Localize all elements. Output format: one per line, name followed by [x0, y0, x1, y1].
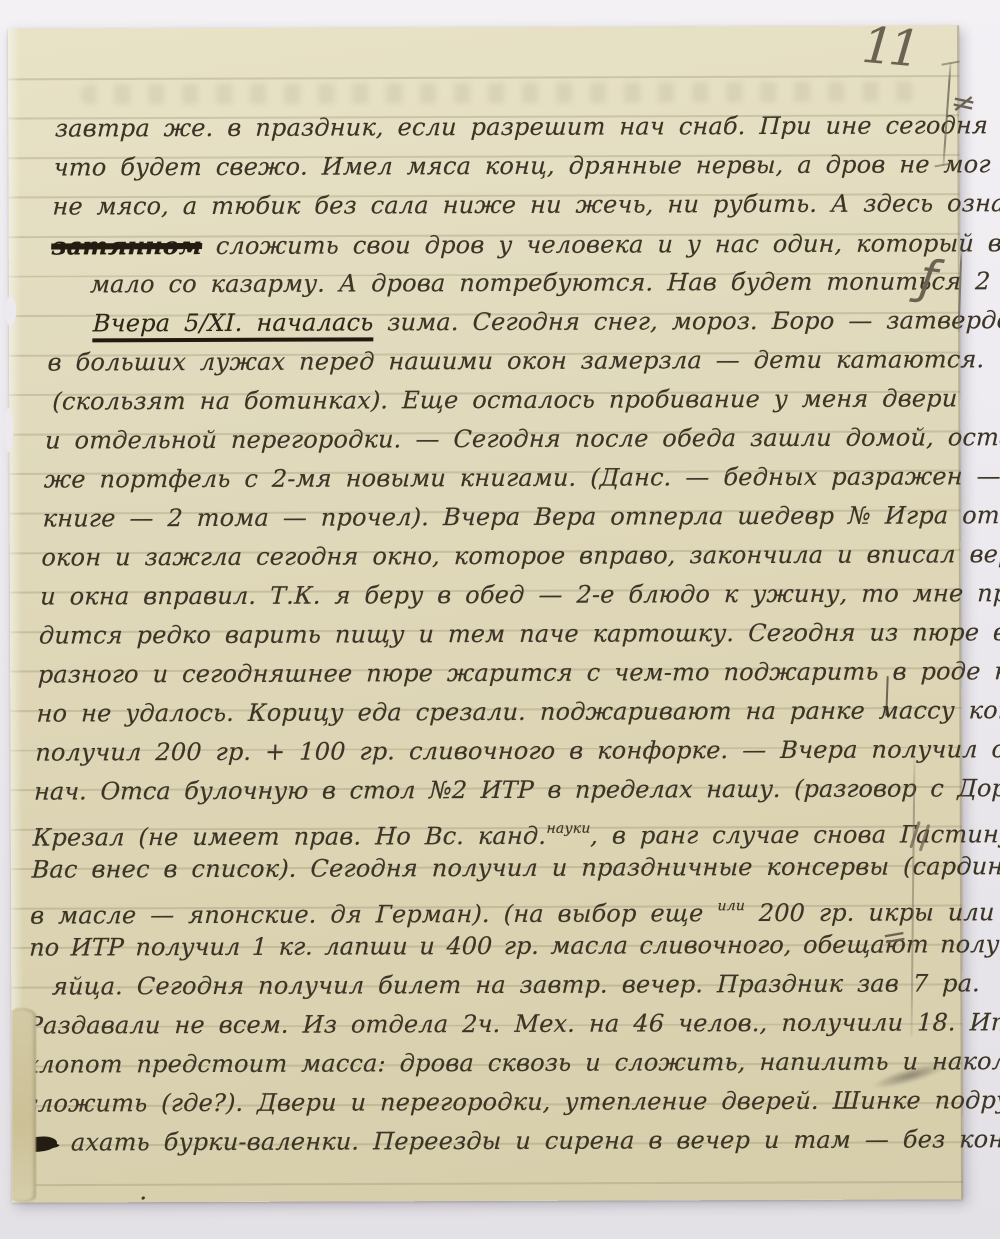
handwriting-segment: Вас внес в список). Сегодня получил и пр… — [31, 852, 1000, 883]
handwritten-line: завтра же. в праздник, если разрешит нач… — [54, 109, 985, 151]
handwritten-line: сложить (где?). Двери и перегородки, уте… — [24, 1084, 955, 1126]
scan-background: завтра же. в праздник, если разрешит нач… — [0, 0, 1000, 1239]
handwriting-segment: завтра же. в праздник, если разрешит нач… — [55, 110, 1000, 142]
handwritten-line: Вас внес в список). Сегодня получил и пр… — [31, 850, 962, 892]
handwriting-segment: нач. Отса булочную в стол №2 ИТР в преде… — [34, 774, 1000, 805]
handwriting-segment: сложить свои дров у человека и у нас оди… — [202, 229, 1000, 260]
handwriting-segment: книге — 2 тома — прочел). Вчера Вера отп… — [42, 501, 1000, 533]
handwriting-segment: не мясо, а тюбик без сала ниже ни жечь, … — [52, 189, 1000, 221]
handwriting-segment: и окна вправил. Т.К. я беру в обед — 2-е… — [40, 579, 1000, 610]
handwritten-line: дится редко варить пищу и тем паче карто… — [38, 616, 969, 658]
handwriting-segment: (скользят на ботинках). Еще осталось про… — [52, 384, 958, 415]
handwriting-segment: окон и зажгла сегодня окно, которое впра… — [41, 540, 1000, 571]
handwriting-segment: в масле — японские. дя Герман). (на выбо… — [30, 899, 718, 929]
handwritten-line: не мясо, а тюбик без сала ниже ни жечь, … — [52, 187, 983, 229]
handwritten-line: ахать бурки-валенки. Переезды и сирена в… — [22, 1123, 953, 1165]
handwritten-line: же портфель с 2-мя новыми книгами. (Данс… — [43, 460, 974, 502]
handwriting-segment: же портфель с 2-мя новыми книгами. (Данс… — [44, 462, 1000, 494]
handwritten-line: Вчера 5/XI. началась зима. Сегодня снег,… — [48, 304, 979, 346]
handwriting-segment: хлопот предстоит масса: дрова сквозь и с… — [25, 1047, 1000, 1079]
torn-paper-edge — [12, 1008, 36, 1202]
handwriting-segment: или — [717, 898, 745, 914]
handwriting-segment: . — [139, 1177, 148, 1205]
handwriting-segment: но не удалось. Корицу еда срезали. поджа… — [36, 696, 1000, 728]
handwriting-segment: ахать бурки-валенки. Переезды и сирена в… — [57, 1125, 1000, 1156]
paper-edge-chip — [5, 296, 16, 326]
handwriting-segment: получил 200 гр. + 100 гр. сливочного в к… — [35, 735, 1000, 766]
handwritten-line: но не удалось. Корицу еда срезали. поджа… — [36, 694, 967, 736]
handwriting-segment: дится редко варить пищу и тем паче карто… — [39, 618, 1000, 649]
handwritten-line: нач. Отса булочную в стол №2 ИТР в преде… — [33, 772, 964, 814]
handwriting-segment: , в ранг случае снова Гастину, чрез — [590, 820, 1000, 850]
handwriting-segment: Раздавали не всем. Из отдела 2ч. Мех. на… — [26, 1008, 1000, 1040]
handwriting-segment: зима. Сегодня снег, мороз. Боро — затвер… — [373, 306, 1000, 337]
handwritten-line: по ИТР получил 1 кг. лапши и 400 гр. мас… — [29, 928, 960, 970]
handwriting-segment: науки — [546, 821, 591, 837]
handwritten-line: затянном сложить свои дров у человека и … — [51, 226, 982, 268]
handwriting-segment: Вчера 5/XI. началась — [92, 308, 374, 342]
handwritten-line: (скользят на ботинках). Еще осталось про… — [46, 382, 977, 424]
handwritten-line: книге — 2 тома — прочел). Вчера Вера отп… — [42, 499, 973, 541]
ink-bleed-through — [80, 81, 920, 104]
handwriting-segment: по ИТР получил 1 кг. лапши и 400 гр. мас… — [29, 930, 1000, 962]
page-number: 11 — [860, 16, 918, 78]
handwriting-segment: Крезал (не имеет прав. Но Вс. канд. — [32, 822, 546, 852]
paper-edge-chip — [4, 408, 13, 452]
handwritten-line: окон и зажгла сегодня окно, которое впра… — [41, 538, 972, 580]
handwritten-line: получил 200 гр. + 100 гр. сливочного в к… — [35, 733, 966, 775]
handwriting-segment: в больших лужах перед нашими окон замерз… — [47, 345, 985, 376]
handwritten-line: Крезал (не имеет прав. Но Вс. канд.науки… — [32, 811, 963, 853]
handwritten-line: . — [21, 1172, 952, 1214]
handwritten-line: хлопот предстоит масса: дрова сквозь и с… — [25, 1045, 956, 1087]
handwriting-segment: 200 гр. икры или 200 гр. сельдей). — [744, 897, 1000, 927]
handwritten-line: и отдельной перегородки. — Сегодня после… — [44, 421, 975, 463]
handwritten-line: в масле — японские. дя Герман). (на выбо… — [30, 889, 961, 931]
handwriting-segment: и отдельной перегородки. — Сегодня после… — [45, 423, 1000, 455]
handwritten-line: в больших лужах перед нашими окон замерз… — [47, 343, 978, 385]
handwritten-line: мало со казарму. А дрова потребуются. На… — [49, 265, 980, 307]
handwritten-line: разного и сегодняшнее пюре жарится с чем… — [37, 655, 968, 697]
handwriting-segment: затянном — [51, 231, 203, 261]
manuscript-page: завтра же. в праздник, если разрешит нач… — [8, 25, 963, 1202]
handwritten-line: яйца. Сегодня получил билет на завтр. ве… — [27, 967, 958, 1009]
handwriting-segment: мало со казарму. А дрова потребуются. На… — [90, 267, 1000, 299]
handwriting-segment: разного и сегодняшнее пюре жарится с чем… — [37, 657, 1000, 689]
manuscript-lines: завтра же. в праздник, если разрешит нач… — [21, 109, 986, 1214]
handwritten-line: и окна вправил. Т.К. я беру в обед — 2-е… — [40, 577, 971, 619]
handwriting-segment: что будет свежо. Имел мяса конц, дрянные… — [53, 150, 1000, 182]
handwritten-line: Раздавали не всем. Из отдела 2ч. Мех. на… — [26, 1006, 957, 1048]
handwriting-segment: сложить (где?). Двери и перегородки, уте… — [24, 1086, 1000, 1117]
handwriting-segment: яйца. Сегодня получил билет на завтр. ве… — [52, 969, 981, 1000]
handwritten-line: что будет свежо. Имел мяса конц, дрянные… — [53, 148, 984, 190]
